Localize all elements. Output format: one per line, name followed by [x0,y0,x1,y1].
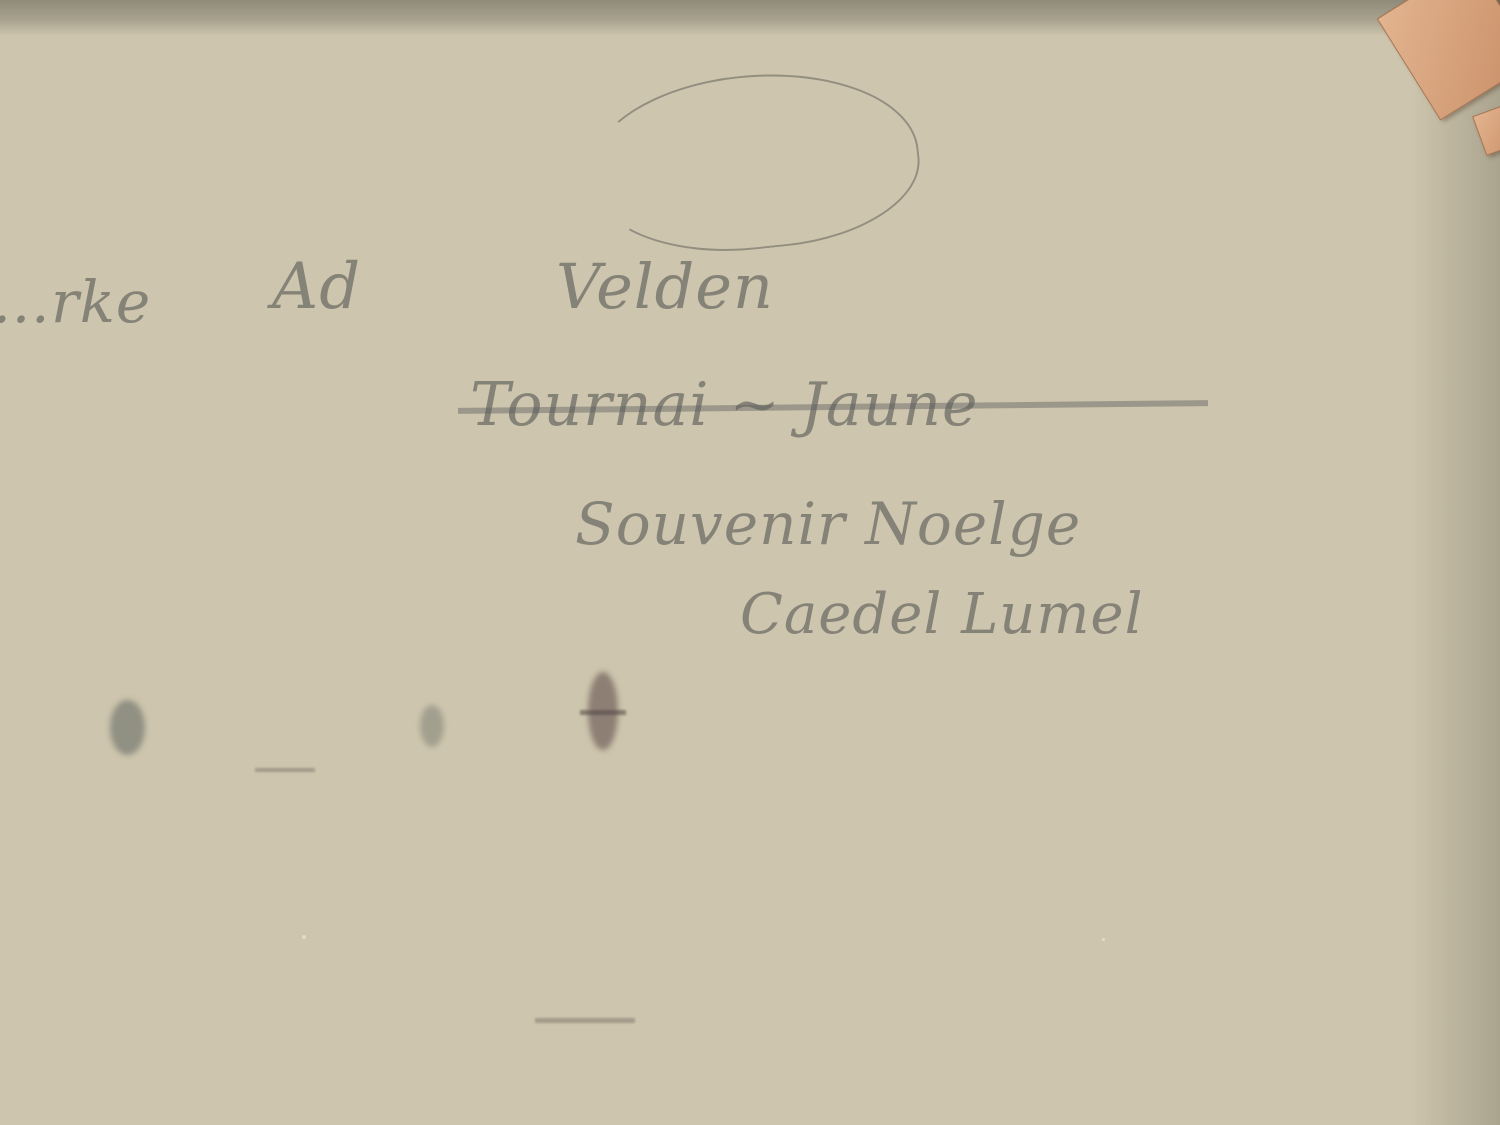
smudge-mark [110,700,145,755]
inscription-line-3: Caedel Lumel [740,582,1143,647]
smudge-mark [420,705,444,747]
dash-mark [255,768,315,772]
inscription-name: Velden [556,250,774,323]
inscription-prefix: Ad [272,250,361,324]
canvas-speck [1102,938,1105,941]
stretcher-bar-shadow [0,0,1500,36]
cross-mark [580,710,626,715]
right-edge-shadow [1410,0,1500,1125]
canvas-back: …rke Ad Velden Tournai ~ Jaune Souvenir … [0,0,1500,1125]
canvas-speck [302,935,306,939]
inscription-fragment-left: …rke [0,268,151,336]
inscription-loop-flourish [582,58,927,265]
dash-mark [535,1018,635,1023]
inscription-line-2: Souvenir Noelge [575,490,1081,558]
